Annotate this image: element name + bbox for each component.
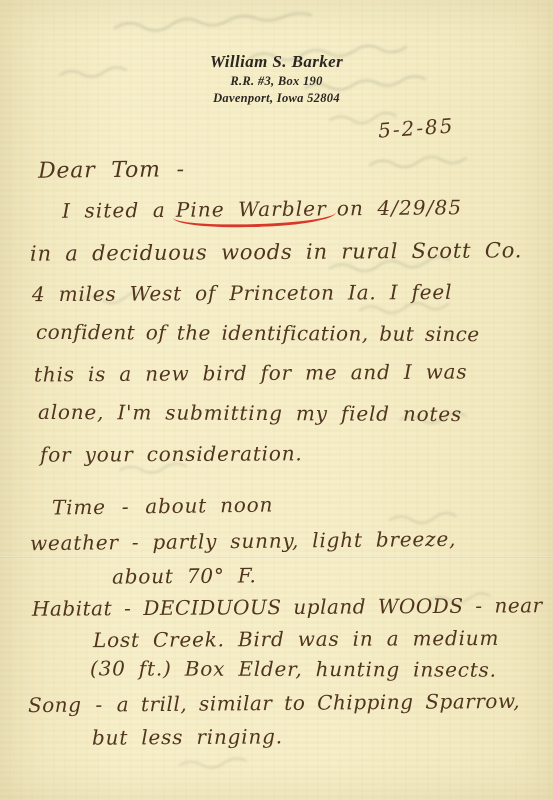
field-note-label: Habitat — [32, 596, 112, 621]
paper-fold-line — [0, 556, 553, 558]
body-line: confident of the identification, but sin… — [36, 320, 480, 346]
field-note-label: Song — [28, 693, 82, 717]
body-line1-post: on 4/29/85 — [337, 195, 463, 220]
letterhead: William S. Barker R.R. #3, Box 190 Daven… — [0, 52, 553, 106]
field-note-line: DECIDUOUS upland WOODS - near — [143, 593, 543, 620]
field-note-dash: - — [124, 596, 131, 620]
field-note-dash: - — [132, 530, 140, 554]
body-line1-pre: I sited a — [62, 198, 166, 223]
body-line: I sited a Pine Warbler on 4/29/85 — [62, 195, 462, 222]
field-note-line: (30 ft.) Box Elder, hunting insects. — [90, 656, 497, 681]
body-line: for your consideration. — [40, 441, 303, 466]
field-note-line: about noon — [145, 492, 273, 518]
field-note-line: Lost Creek. Bird was in a medium — [93, 626, 499, 652]
field-note-label: Time — [52, 495, 106, 520]
field-note-habitat: Habitat - DECIDUOUS upland WOODS - near — [32, 593, 543, 621]
body-line: alone, I'm submitting my field notes — [38, 400, 462, 426]
field-note-line: about 70° F. — [112, 563, 257, 588]
letterhead-name: William S. Barker — [0, 52, 553, 72]
field-note-line: a trill, similar to Chipping Sparrow, — [117, 689, 520, 717]
field-note-line: partly sunny, light breeze, — [152, 527, 456, 554]
field-note-label: weather — [30, 530, 119, 555]
field-note-time: Time - about noon — [52, 492, 274, 519]
body-line: this is a new bird for me and I was — [34, 359, 468, 386]
field-note-dash: - — [95, 692, 102, 716]
species-name-underlined: Pine Warbler — [176, 196, 327, 221]
field-note-song: Song - a trill, similar to Chipping Spar… — [28, 689, 520, 717]
letterhead-address-line1: R.R. #3, Box 190 — [0, 74, 553, 89]
body-line: 4 miles West of Princeton Ia. I feel — [32, 280, 452, 306]
handwritten-date: 5-2-85 — [377, 113, 455, 142]
salutation: Dear Tom - — [38, 157, 185, 184]
field-note-dash: - — [122, 494, 130, 518]
letter-page: William S. Barker R.R. #3, Box 190 Daven… — [0, 0, 553, 800]
field-note-weather: weather - partly sunny, light breeze, — [30, 527, 456, 555]
field-note-line: but less ringing. — [92, 724, 283, 749]
body-line: in a deciduous woods in rural Scott Co. — [30, 238, 522, 265]
letterhead-address-line2: Davenport, Iowa 52804 — [0, 91, 553, 106]
